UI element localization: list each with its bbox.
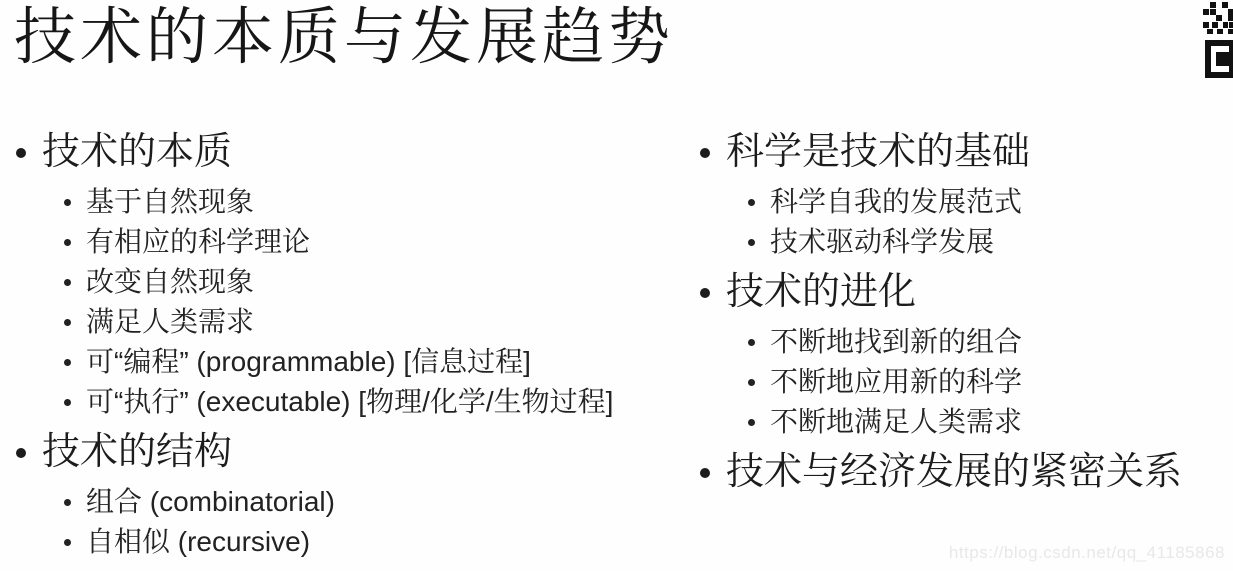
heading-text: 技术的进化 <box>726 271 916 313</box>
bullet-icon <box>64 279 71 286</box>
bullet-heading: 科学是技术的基础 <box>684 128 1233 176</box>
list-item: 不断地满足人类需求 <box>684 402 1233 442</box>
bullet-icon <box>64 499 71 506</box>
list-item-text: 改变自然现象 <box>86 266 254 297</box>
heading-text: 技术的本质 <box>42 131 232 173</box>
list-item: 自相似 (recursive) <box>0 522 684 562</box>
bullet-icon <box>748 239 755 246</box>
list-item-text: 不断地满足人类需求 <box>770 406 1022 437</box>
bullet-icon <box>16 148 26 158</box>
bullet-heading: 技术的本质 <box>0 128 684 176</box>
bullet-heading: 技术与经济发展的紧密关系 <box>684 448 1233 496</box>
list-item: 可“执行” (executable) [物理/化学/生物过程] <box>0 382 684 422</box>
heading-text: 科学是技术的基础 <box>726 131 1030 173</box>
watermark-url: https://blog.csdn.net/qq_41185868 <box>949 543 1225 563</box>
section-tech-evolution: 技术的进化 不断地找到新的组合 不断地应用新的科学 不断地满足人类需求 <box>684 268 1233 442</box>
list-item-text: 有相应的科学理论 <box>86 226 310 257</box>
bullet-heading: 技术的结构 <box>0 428 684 476</box>
bullet-icon <box>64 359 71 366</box>
list-item-text: 自相似 (recursive) <box>86 526 310 557</box>
sub-list: 基于自然现象 有相应的科学理论 改变自然现象 满足人类需求 可“编程” (pro… <box>0 182 684 422</box>
sub-list: 组合 (combinatorial) 自相似 (recursive) <box>0 482 684 562</box>
bullet-icon <box>748 379 755 386</box>
list-item: 满足人类需求 <box>0 302 684 342</box>
heading-text: 技术的结构 <box>42 431 232 473</box>
list-item: 科学自我的发展范式 <box>684 182 1233 222</box>
list-item: 基于自然现象 <box>0 182 684 222</box>
section-science-foundation: 科学是技术的基础 科学自我的发展范式 技术驱动科学发展 <box>684 128 1233 262</box>
bullet-icon <box>64 239 71 246</box>
list-item-text: 基于自然现象 <box>86 186 254 217</box>
list-item-text: 可“执行” (executable) [物理/化学/生物过程] <box>86 386 613 417</box>
bullet-icon <box>64 319 71 326</box>
list-item-text: 技术驱动科学发展 <box>770 226 994 257</box>
bullet-icon <box>700 148 710 158</box>
list-item-text: 不断地应用新的科学 <box>770 366 1022 397</box>
bullet-icon <box>700 288 710 298</box>
right-column: 科学是技术的基础 科学自我的发展范式 技术驱动科学发展 技术的进化 不断地找到新… <box>684 128 1233 496</box>
bullet-icon <box>748 419 755 426</box>
list-item-text: 组合 (combinatorial) <box>86 486 335 517</box>
slide-title: 技术的本质与发展趋势 <box>14 2 674 73</box>
list-item-text: 不断地找到新的组合 <box>770 326 1022 357</box>
list-item: 有相应的科学理论 <box>0 222 684 262</box>
bullet-icon <box>700 468 710 478</box>
bullet-icon <box>16 448 26 458</box>
section-tech-essence: 技术的本质 基于自然现象 有相应的科学理论 改变自然现象 满足人类需求 可“编程… <box>0 128 684 422</box>
list-item: 技术驱动科学发展 <box>684 222 1233 262</box>
list-item: 改变自然现象 <box>0 262 684 302</box>
sub-list: 科学自我的发展范式 技术驱动科学发展 <box>684 182 1233 262</box>
bullet-icon <box>748 339 755 346</box>
bullet-icon <box>64 539 71 546</box>
qr-code-icon <box>1203 2 1233 78</box>
section-tech-economy: 技术与经济发展的紧密关系 <box>684 448 1233 496</box>
presentation-slide: 技术的本质与发展趋势 技术的本质 <box>0 0 1233 571</box>
bullet-icon <box>748 199 755 206</box>
bullet-icon <box>64 199 71 206</box>
sub-list: 不断地找到新的组合 不断地应用新的科学 不断地满足人类需求 <box>684 322 1233 442</box>
bullet-icon <box>64 399 71 406</box>
list-item: 不断地应用新的科学 <box>684 362 1233 402</box>
bullet-heading: 技术的进化 <box>684 268 1233 316</box>
list-item-text: 可“编程” (programmable) [信息过程] <box>86 346 531 377</box>
list-item: 不断地找到新的组合 <box>684 322 1233 362</box>
list-item-text: 科学自我的发展范式 <box>770 186 1022 217</box>
list-item: 组合 (combinatorial) <box>0 482 684 522</box>
left-column: 技术的本质 基于自然现象 有相应的科学理论 改变自然现象 满足人类需求 可“编程… <box>0 128 684 562</box>
list-item: 可“编程” (programmable) [信息过程] <box>0 342 684 382</box>
section-tech-structure: 技术的结构 组合 (combinatorial) 自相似 (recursive) <box>0 428 684 562</box>
heading-text: 技术与经济发展的紧密关系 <box>726 451 1182 493</box>
list-item-text: 满足人类需求 <box>86 306 254 337</box>
